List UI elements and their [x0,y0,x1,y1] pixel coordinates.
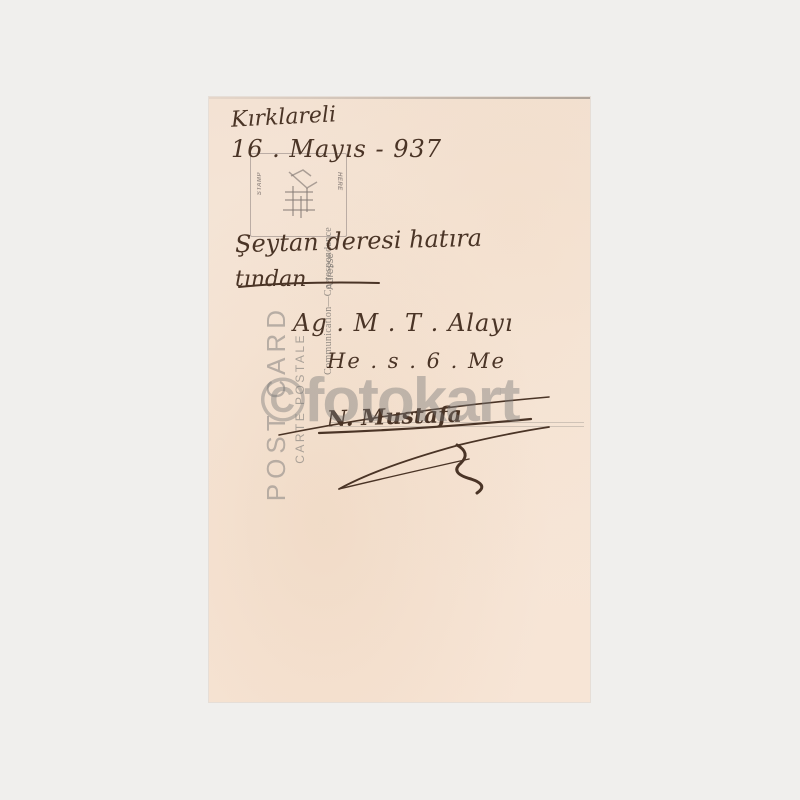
stamp-label-left: STAMP [257,172,263,195]
handwritten-message-line2: tından [235,267,306,292]
handwritten-date: 16 . Mayıs - 937 [231,135,442,163]
stamp-label-right: HERE [336,172,342,191]
card-top-edge [209,97,590,99]
stamp-box: STAMP HERE [250,153,347,237]
copyright-icon: © [260,366,304,435]
handwritten-place: Kırklareli [230,102,336,132]
address-label: Adresse [325,253,336,290]
watermark-text: fotokart [304,366,519,435]
handwritten-message-line1: Şeytan deresi hatıra [235,224,483,258]
publisher-logo-icon [277,166,321,222]
handwritten-unit-line1: Ag . M . T . Alayı [293,309,514,337]
watermark: ©fotokart [260,370,518,432]
